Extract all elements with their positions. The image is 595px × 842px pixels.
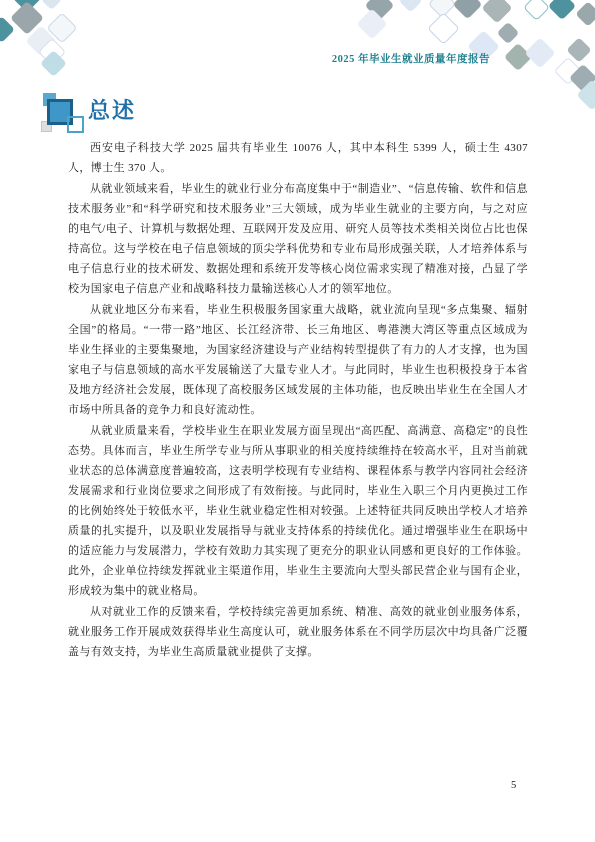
deco-diamond — [575, 1, 595, 26]
page-number: 5 — [511, 780, 516, 791]
paragraph-graduate-counts: 西安电子科技大学 2025 届共有毕业生 10076 人，其中本科生 5399 … — [68, 138, 528, 178]
paragraph-employment-quality: 从就业质量来看，学校毕业生在职业发展方面呈现出“高匹配、高满意、高稳定”的良性态… — [68, 421, 528, 601]
deco-diamond — [497, 22, 520, 45]
paragraph-employment-fields: 从就业领域来看，毕业生的就业行业分布高度集中于“制造业”、“信息传输、软件和信息… — [68, 179, 528, 299]
deco-diamond — [41, 0, 62, 10]
report-page: 2025 年毕业生就业质量年度报告 总述 西安电子科技大学 2025 届共有毕业… — [0, 0, 595, 842]
deco-diamond — [523, 0, 550, 21]
section-title: 总述 — [88, 94, 136, 125]
deco-diamond — [548, 0, 576, 20]
deco-diamond — [398, 0, 422, 13]
deco-diamond — [453, 0, 483, 19]
paragraph-employment-feedback: 从对就业工作的反馈来看，学校持续完善更加系统、精准、高效的就业创业服务体系，就业… — [68, 602, 528, 662]
deco-diamond — [427, 12, 460, 45]
deco-diamond — [524, 37, 555, 68]
report-header-title: 2025 年毕业生就业质量年度报告 — [332, 51, 490, 66]
report-body: 西安电子科技大学 2025 届共有毕业生 10076 人，其中本科生 5399 … — [68, 138, 528, 663]
overlapping-squares-icon — [40, 92, 88, 140]
icon-square-outline-blue — [67, 116, 84, 133]
paragraph-employment-regions: 从就业地区分布来看，毕业生积极服务国家重大战略，就业流向呈现“多点集聚、辐射全国… — [68, 300, 528, 420]
deco-diamond — [481, 0, 512, 24]
